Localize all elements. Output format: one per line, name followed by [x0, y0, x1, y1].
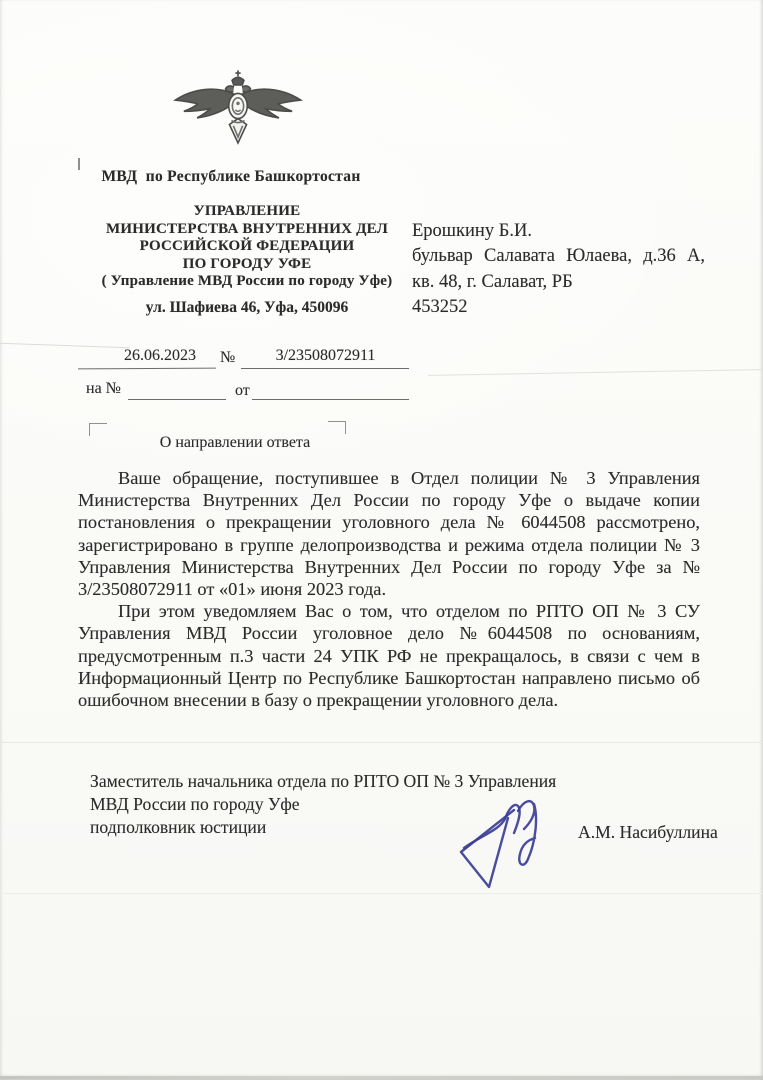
- body-line: При этом уведомляем Вас о том, что отдел…: [78, 600, 700, 622]
- outgoing-number: 3/23508072911: [243, 347, 408, 365]
- paragraph: Ваше обращение, поступившее в Отдел поли…: [78, 467, 700, 600]
- body-line: 3/23508072911 от «01» июня 2023 года.: [78, 578, 700, 600]
- recipient-city: кв. 48, г. Салават, РБ: [412, 270, 705, 295]
- paper-crease: [0, 742, 763, 743]
- body-line: предусмотренным п.3 части 24 УПК РФ не п…: [78, 645, 700, 667]
- agency-name: МВД по Республике Башкортостан: [60, 168, 402, 186]
- letter-body: Ваше обращение, поступившее в Отдел поли…: [78, 467, 700, 711]
- number-underline: [241, 368, 409, 369]
- scan-bottom-edge: [0, 1076, 763, 1079]
- sender-street-address: ул. Шафиева 46, Уфа, 450096: [77, 299, 417, 317]
- body-line: постановления о прекращении уголовного д…: [78, 511, 700, 533]
- body-line: Управления Министерства Внутренних Дел Р…: [78, 556, 700, 578]
- body-line: Ваше обращение, поступившее в Отдел поли…: [78, 467, 700, 489]
- recipient-name: Ерошкину Б.И.: [412, 219, 705, 244]
- org-line: ПО ГОРОДУ УФЕ: [77, 256, 417, 274]
- org-line: ( Управление МВД России по городу Уфе): [77, 273, 417, 291]
- reply-to-number-label: на №: [86, 380, 146, 398]
- recipient-postcode: 453252: [412, 295, 705, 320]
- fold-mark: [78, 158, 80, 170]
- paper-crease: [0, 893, 763, 894]
- org-name-block: УПРАВЛЕНИЕ МИНИСТЕРСТВА ВНУТРЕННИХ ДЕЛ Р…: [77, 203, 417, 291]
- subject-corner-mark-right: [328, 421, 346, 434]
- letter-date: 26.06.2023: [100, 347, 220, 365]
- paragraph: При этом уведомляем Вас о том, что отдел…: [78, 600, 700, 711]
- body-line: зарегистрировано в группе делопроизводст…: [78, 534, 700, 556]
- subject-line: О направлении ответа: [140, 434, 330, 452]
- recipient-street: бульвар Салавата Юлаева, д.36 А,: [412, 244, 705, 269]
- handwritten-signature: [448, 788, 566, 890]
- paper-crease: [428, 369, 763, 376]
- signatory-name: А.М. Насибуллина: [578, 822, 748, 843]
- org-line: РОССИЙСКОЙ ФЕДЕРАЦИИ: [77, 238, 417, 256]
- org-line: УПРАВЛЕНИЕ: [77, 203, 417, 221]
- body-line: Информационный Центр по Республике Башко…: [78, 667, 700, 689]
- body-line: Министерства Внутренних Дел России по го…: [78, 489, 700, 511]
- body-line: Управления МВД России уголовное дело №60…: [78, 622, 700, 644]
- date-underline: [78, 368, 216, 370]
- scanned-letter-page: МВД по Республике Башкортостан УПРАВЛЕНИ…: [0, 0, 763, 1080]
- reply-from-date-label: от: [235, 382, 275, 400]
- recipient-address-block: Ерошкину Б.И. бульвар Салавата Юлаева, д…: [412, 219, 705, 320]
- reply-from-underline: [252, 399, 409, 400]
- org-line: МИНИСТЕРСТВА ВНУТРЕННИХ ДЕЛ: [77, 221, 417, 239]
- mvd-double-headed-eagle-icon: [172, 68, 304, 148]
- paper-crease: [0, 343, 130, 349]
- reply-to-underline: [128, 399, 226, 400]
- body-line: ошибочном внесении в базу о прекращении …: [78, 689, 700, 711]
- subject-corner-mark-left: [89, 423, 107, 436]
